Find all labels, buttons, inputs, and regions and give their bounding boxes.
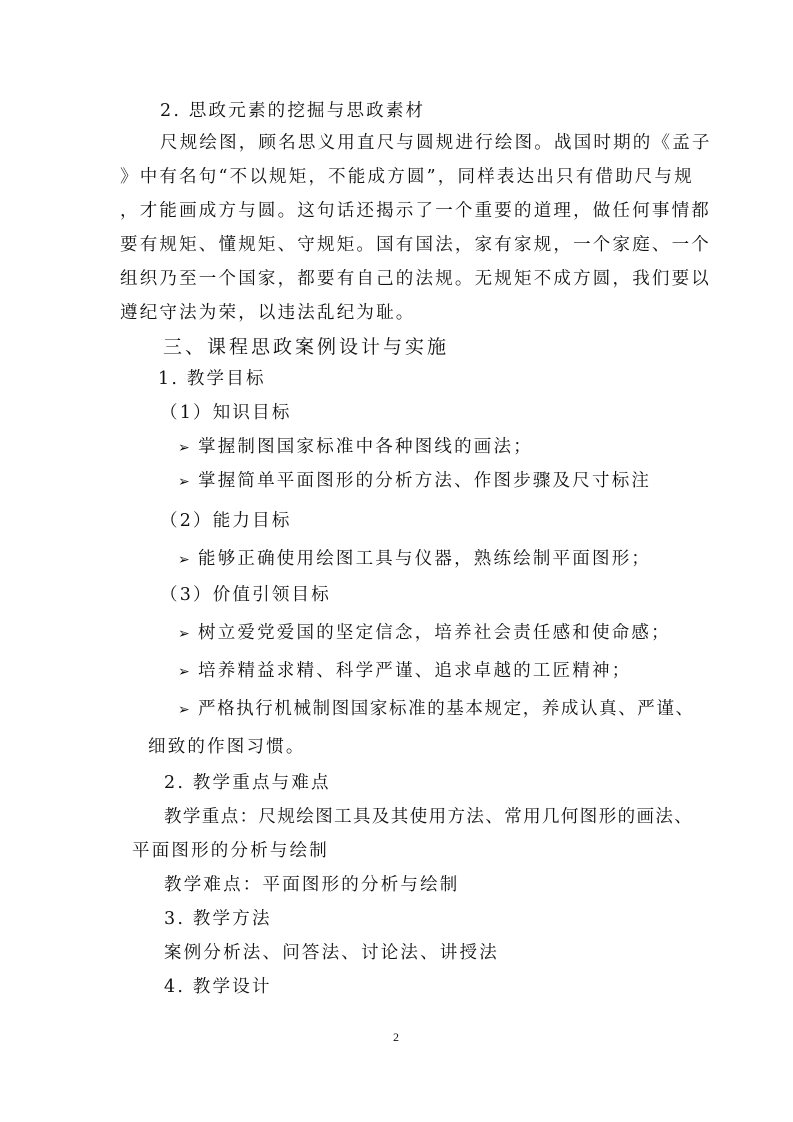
bullet-item: ➢树立爱党爱国的坚定信念，培养社会责任感和使命感； bbox=[178, 622, 671, 645]
bullet-text: 掌握简单平面图形的分析方法、作图步骤及尺寸标注 bbox=[198, 471, 651, 491]
key-points-line: 教学重点：尺规绘图工具及其使用方法、常用几何图形的画法、 bbox=[164, 806, 693, 828]
arrow-bullet-icon: ➢ bbox=[178, 471, 192, 493]
arrow-bullet-icon: ➢ bbox=[178, 623, 192, 645]
arrow-bullet-icon: ➢ bbox=[178, 437, 192, 459]
subheading-teaching-goals: 1. 教学目标 bbox=[158, 368, 266, 390]
subheading-teaching-design: 4. 教学设计 bbox=[164, 976, 272, 998]
bullet-item: ➢掌握制图国家标准中各种图线的画法； bbox=[178, 436, 533, 459]
bullet-continuation: 细致的作图习惯。 bbox=[148, 736, 306, 758]
arrow-bullet-icon: ➢ bbox=[178, 549, 192, 571]
page-number: 2 bbox=[393, 1030, 399, 1045]
bullet-item: ➢培养精益求精、科学严谨、追求卓越的工匠精神； bbox=[178, 660, 631, 683]
arrow-bullet-icon: ➢ bbox=[178, 661, 192, 683]
paragraph-line: ，才能画成方与圆。这句话还揭示了一个重要的道理，做任何事情都 bbox=[120, 200, 711, 222]
bullet-text: 严格执行机械制图国家标准的基本规定，养成认真、严谨、 bbox=[198, 699, 695, 719]
bullet-item: ➢能够正确使用绘图工具与仪器，熟练绘制平面图形； bbox=[178, 548, 651, 571]
paragraph-line: 组织乃至一个国家，都要有自己的法规。无规矩不成方圆，我们要以 bbox=[120, 268, 711, 290]
bullet-text: 能够正确使用绘图工具与仪器，熟练绘制平面图形； bbox=[198, 549, 651, 569]
bullet-item: ➢严格执行机械制图国家标准的基本规定，养成认真、严谨、 bbox=[178, 698, 695, 721]
teaching-methods-line: 案例分析法、问答法、讨论法、讲授法 bbox=[164, 942, 499, 964]
bullet-text: 掌握制图国家标准中各种图线的画法； bbox=[198, 437, 533, 457]
subheading-teaching-methods: 3. 教学方法 bbox=[164, 908, 272, 930]
subheading-ideology-elements: 2. 思政元素的挖掘与思政素材 bbox=[160, 100, 425, 122]
paragraph-line: 遵纪守法为荣，以违法乱纪为耻。 bbox=[120, 302, 416, 324]
paragraph-line: 》中有名句“不以规矩，不能成方圆”，同样表达出只有借助尺与规 bbox=[120, 166, 694, 188]
goal-label-value: （3）价值引领目标 bbox=[160, 584, 331, 606]
paragraph-line: 要有规矩、懂规矩、守规矩。国有国法，家有家规，一个家庭、一个 bbox=[120, 234, 711, 256]
goal-label-ability: （2）能力目标 bbox=[160, 510, 292, 532]
goal-label-knowledge: （1）知识目标 bbox=[160, 402, 292, 424]
paragraph-line: 尺规绘图，顾名思义用直尺与圆规进行绘图。战国时期的《孟子 bbox=[160, 132, 712, 154]
bullet-text: 培养精益求精、科学严谨、追求卓越的工匠精神； bbox=[198, 661, 631, 681]
section-heading: 三、课程思政案例设计与实施 bbox=[163, 336, 449, 358]
key-points-continuation: 平面图形的分析与绘制 bbox=[132, 840, 329, 862]
subheading-key-points: 2. 教学重点与难点 bbox=[164, 772, 331, 794]
arrow-bullet-icon: ➢ bbox=[178, 699, 192, 721]
bullet-item: ➢掌握简单平面图形的分析方法、作图步骤及尺寸标注 bbox=[178, 470, 651, 493]
difficulty-line: 教学难点：平面图形的分析与绘制 bbox=[164, 874, 460, 896]
bullet-text: 树立爱党爱国的坚定信念，培养社会责任感和使命感； bbox=[198, 623, 671, 643]
